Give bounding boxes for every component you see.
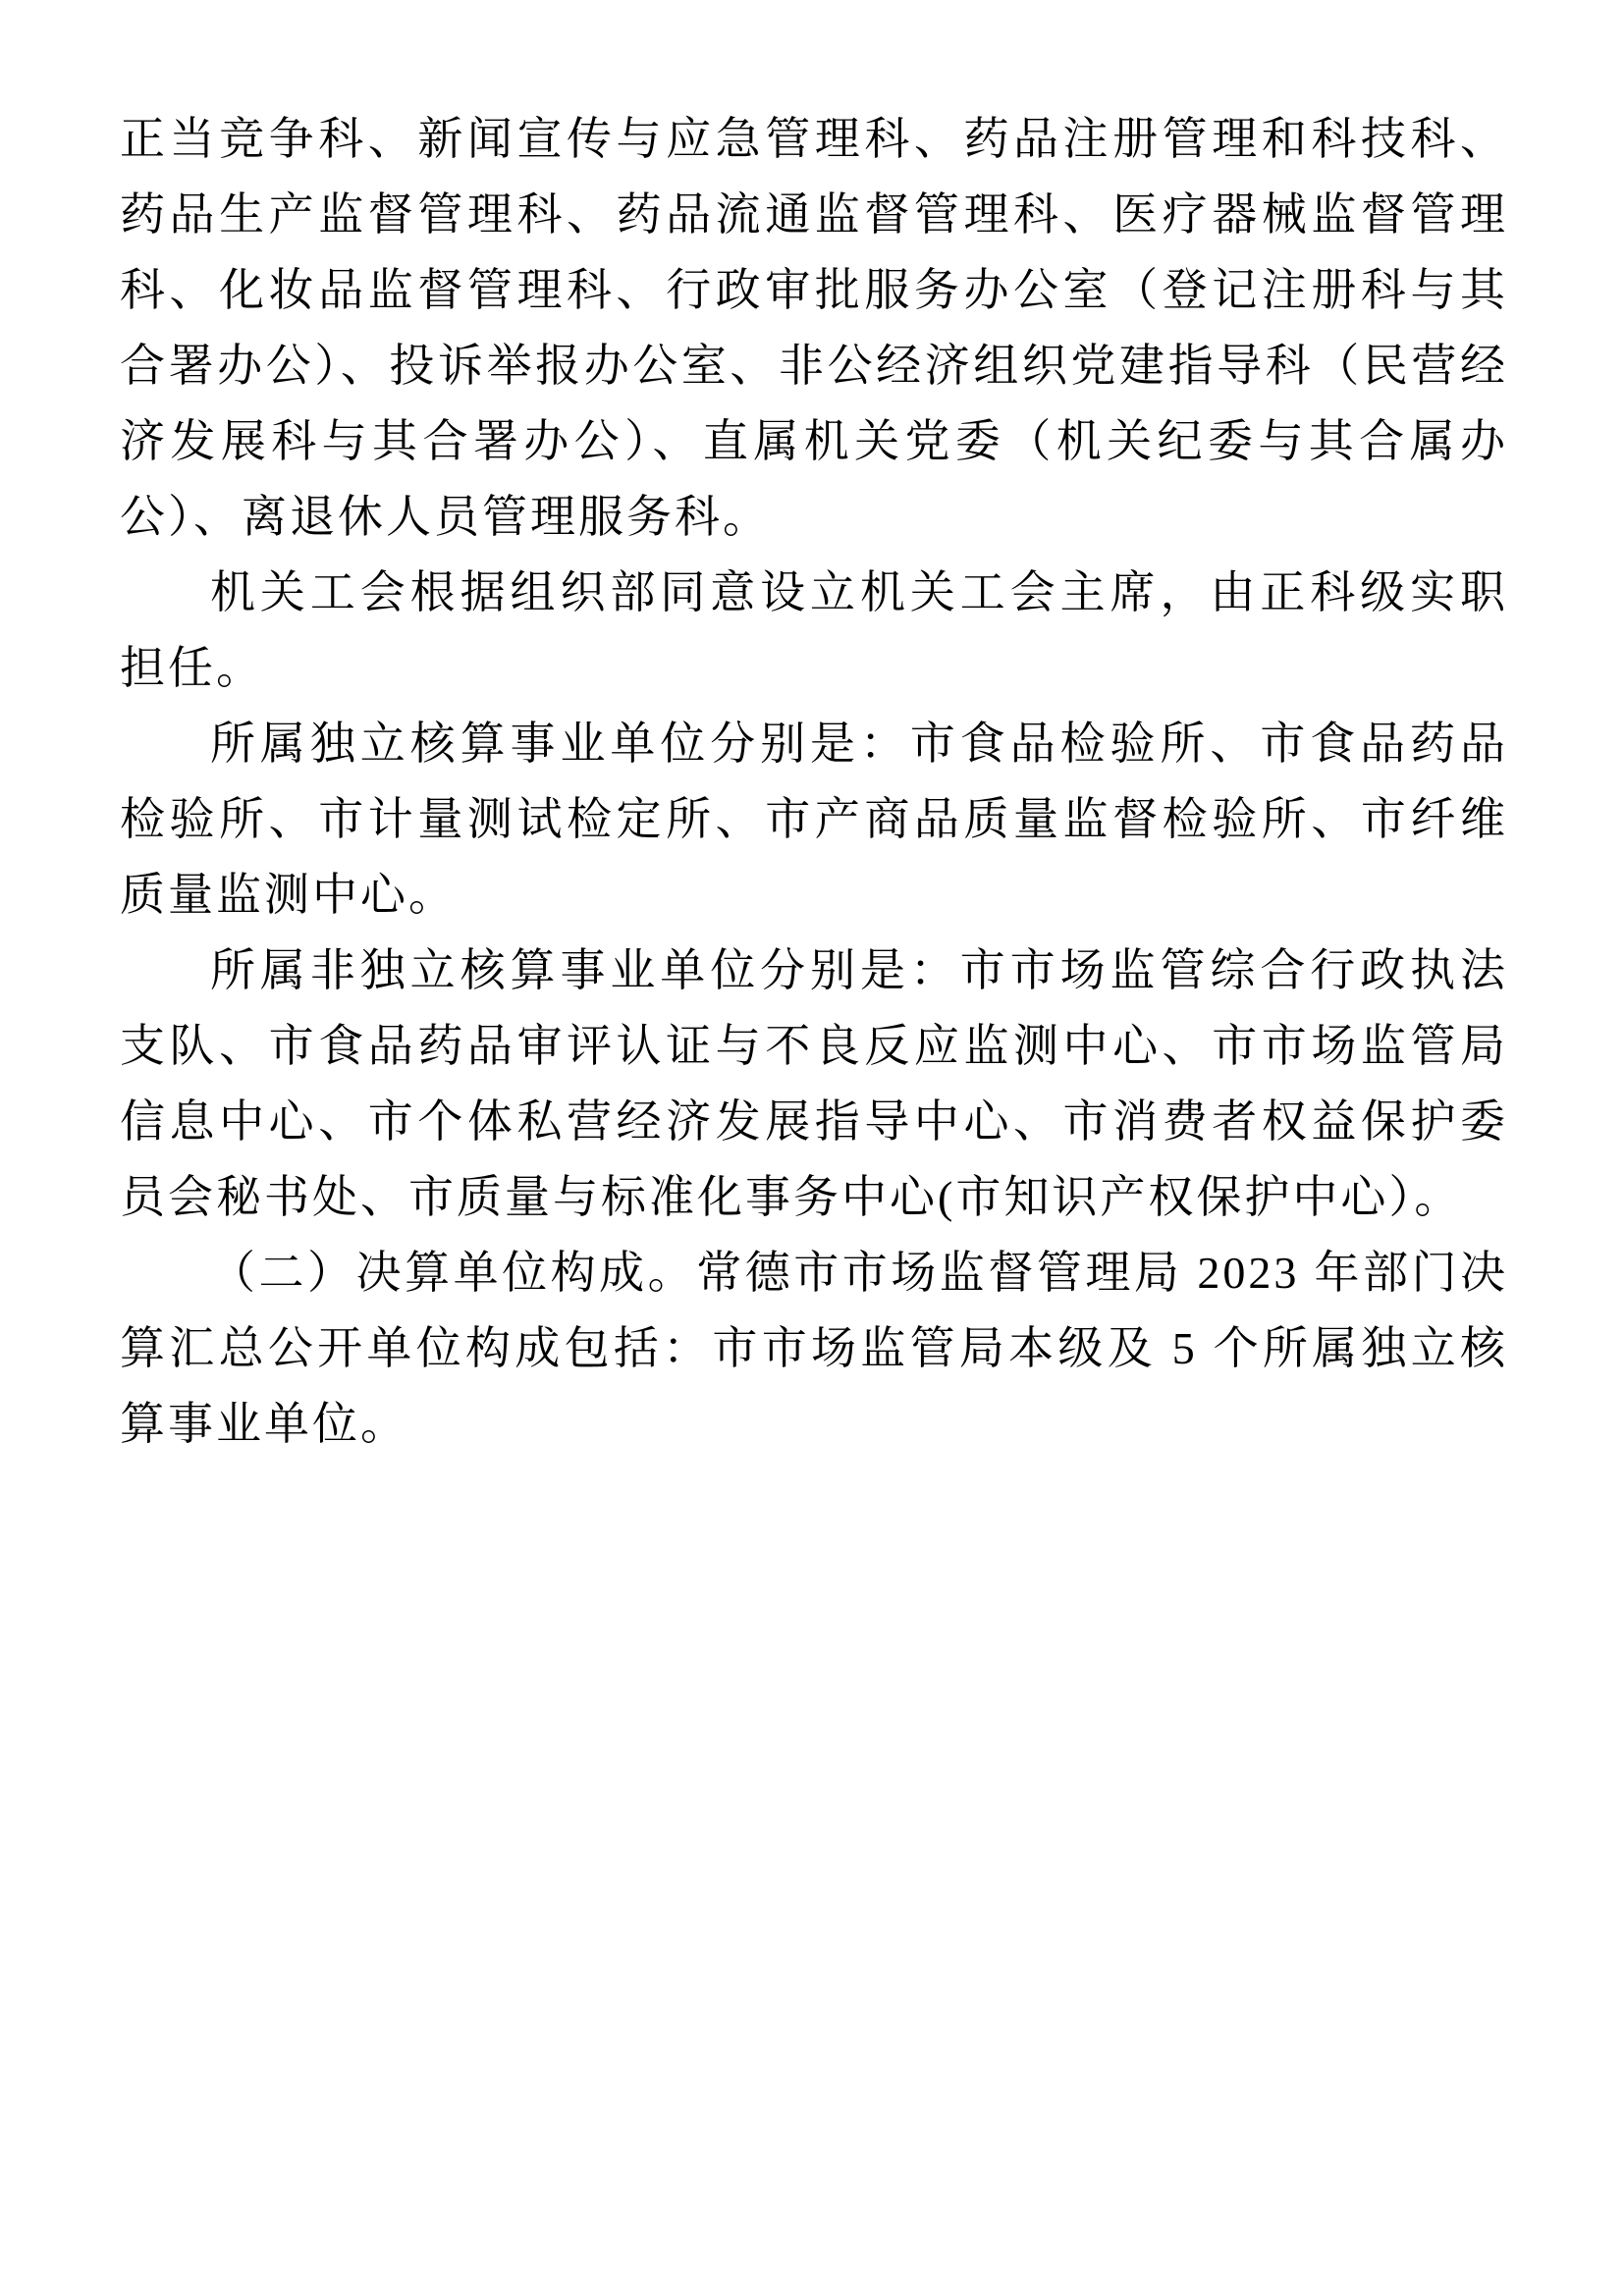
paragraph-non-independent-accounting-units: 所属非独立核算事业单位分别是：市市场监管综合行政执法支队、市食品药品审评认证与不… (120, 933, 1508, 1235)
paragraph-final-accounts-unit-composition: （二）决算单位构成。常德市市场监督管理局 2023 年部门决算汇总公开单位构成包… (120, 1235, 1508, 1462)
document-page: 正当竞争科、新闻宣传与应急管理科、药品注册管理和科技科、药品生产监督管理科、药品… (0, 0, 1624, 2296)
paragraph-department-list-continued: 正当竞争科、新闻宣传与应急管理科、药品注册管理和科技科、药品生产监督管理科、药品… (120, 101, 1508, 555)
paragraph-independent-accounting-units: 所属独立核算事业单位分别是：市食品检验所、市食品药品检验所、市计量测试检定所、市… (120, 706, 1508, 933)
document-text-block: 正当竞争科、新闻宣传与应急管理科、药品注册管理和科技科、药品生产监督管理科、药品… (120, 101, 1508, 1462)
paragraph-union-chairman: 机关工会根据组织部同意设立机关工会主席，由正科级实职担任。 (120, 555, 1508, 706)
